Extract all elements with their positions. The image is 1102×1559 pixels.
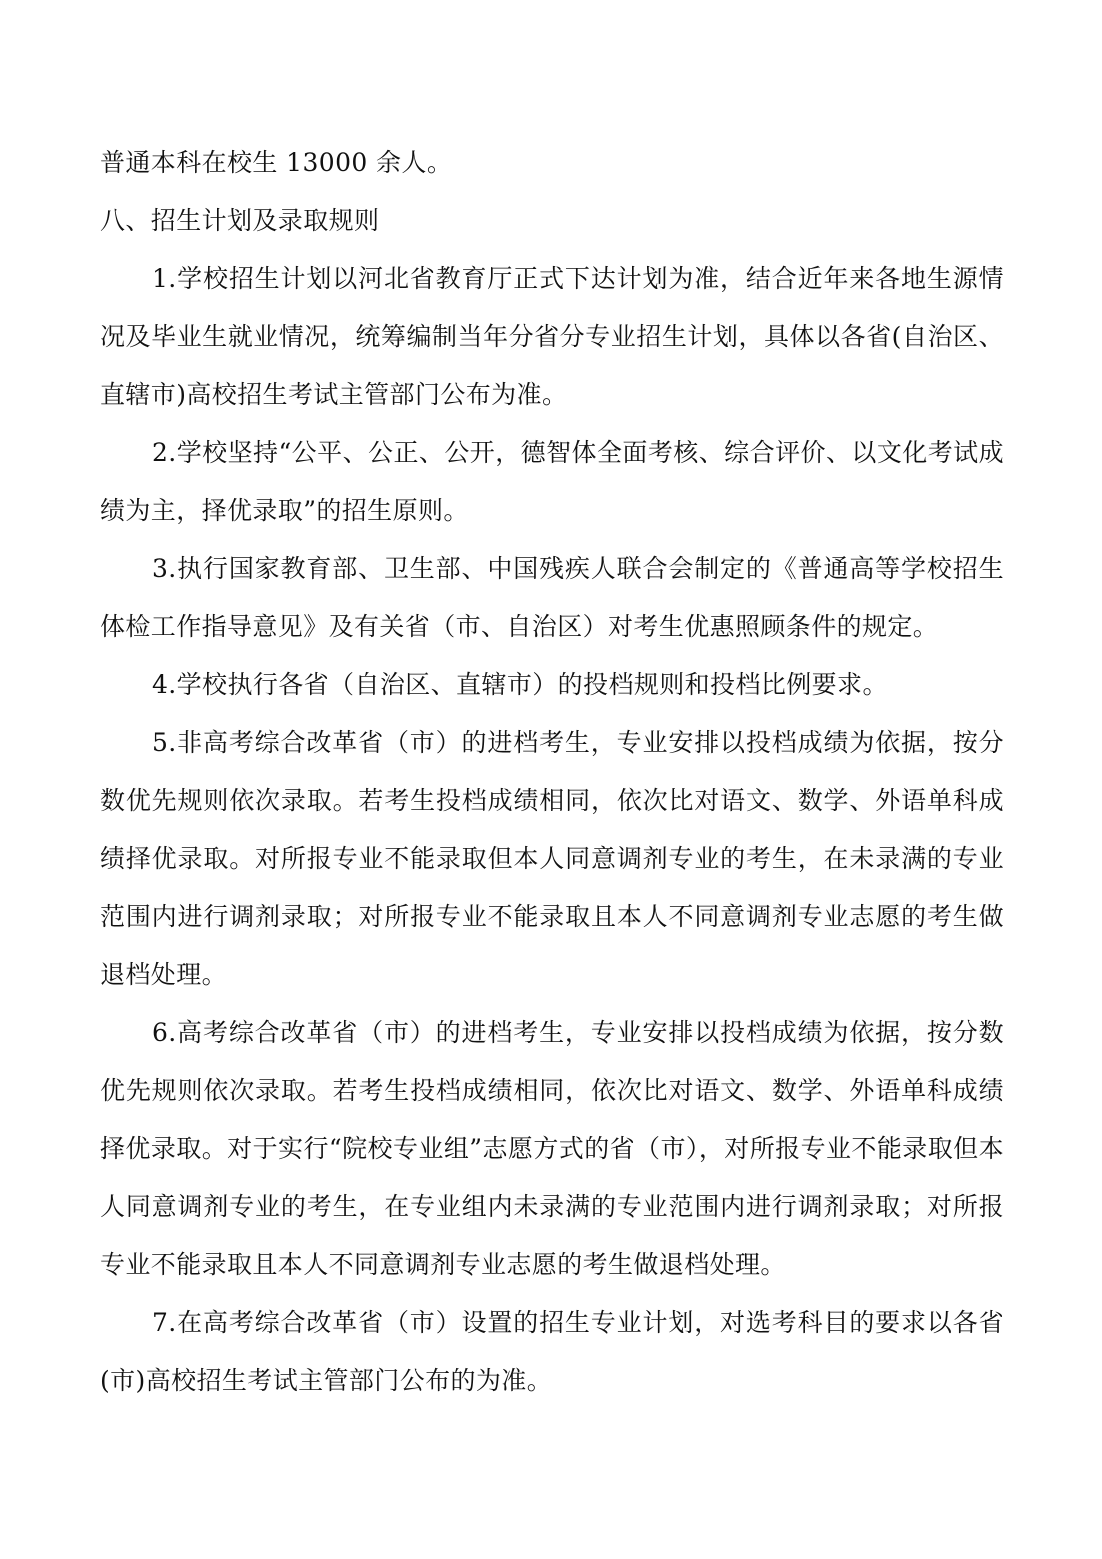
- paragraph-rule-2: 2.学校坚持“公平、公正、公开，德智体全面考核、综合评价、以文化考试成绩为主，择…: [100, 424, 1004, 540]
- paragraph-rule-5: 5.非高考综合改革省（市）的进档考生，专业安排以投档成绩为依据，按分数优先规则依…: [100, 714, 1004, 1004]
- paragraph-rule-4: 4.学校执行各省（自治区、直辖市）的投档规则和投档比例要求。: [100, 656, 1004, 714]
- document-page: 普通本科在校生 13000 余人。 八、招生计划及录取规则 1.学校招生计划以河…: [100, 134, 1004, 1410]
- paragraph-rule-6: 6.高考综合改革省（市）的进档考生，专业安排以投档成绩为依据，按分数优先规则依次…: [100, 1004, 1004, 1294]
- paragraph-rule-1: 1.学校招生计划以河北省教育厅正式下达计划为准，结合近年来各地生源情况及毕业生就…: [100, 250, 1004, 424]
- section-heading-admission-rules: 八、招生计划及录取规则: [100, 192, 1004, 250]
- paragraph-rule-3: 3.执行国家教育部、卫生部、中国残疾人联合会制定的《普通高等学校招生体检工作指导…: [100, 540, 1004, 656]
- paragraph-enrollment-count: 普通本科在校生 13000 余人。: [100, 134, 1004, 192]
- paragraph-rule-7: 7.在高考综合改革省（市）设置的招生专业计划，对选考科目的要求以各省(市)高校招…: [100, 1294, 1004, 1410]
